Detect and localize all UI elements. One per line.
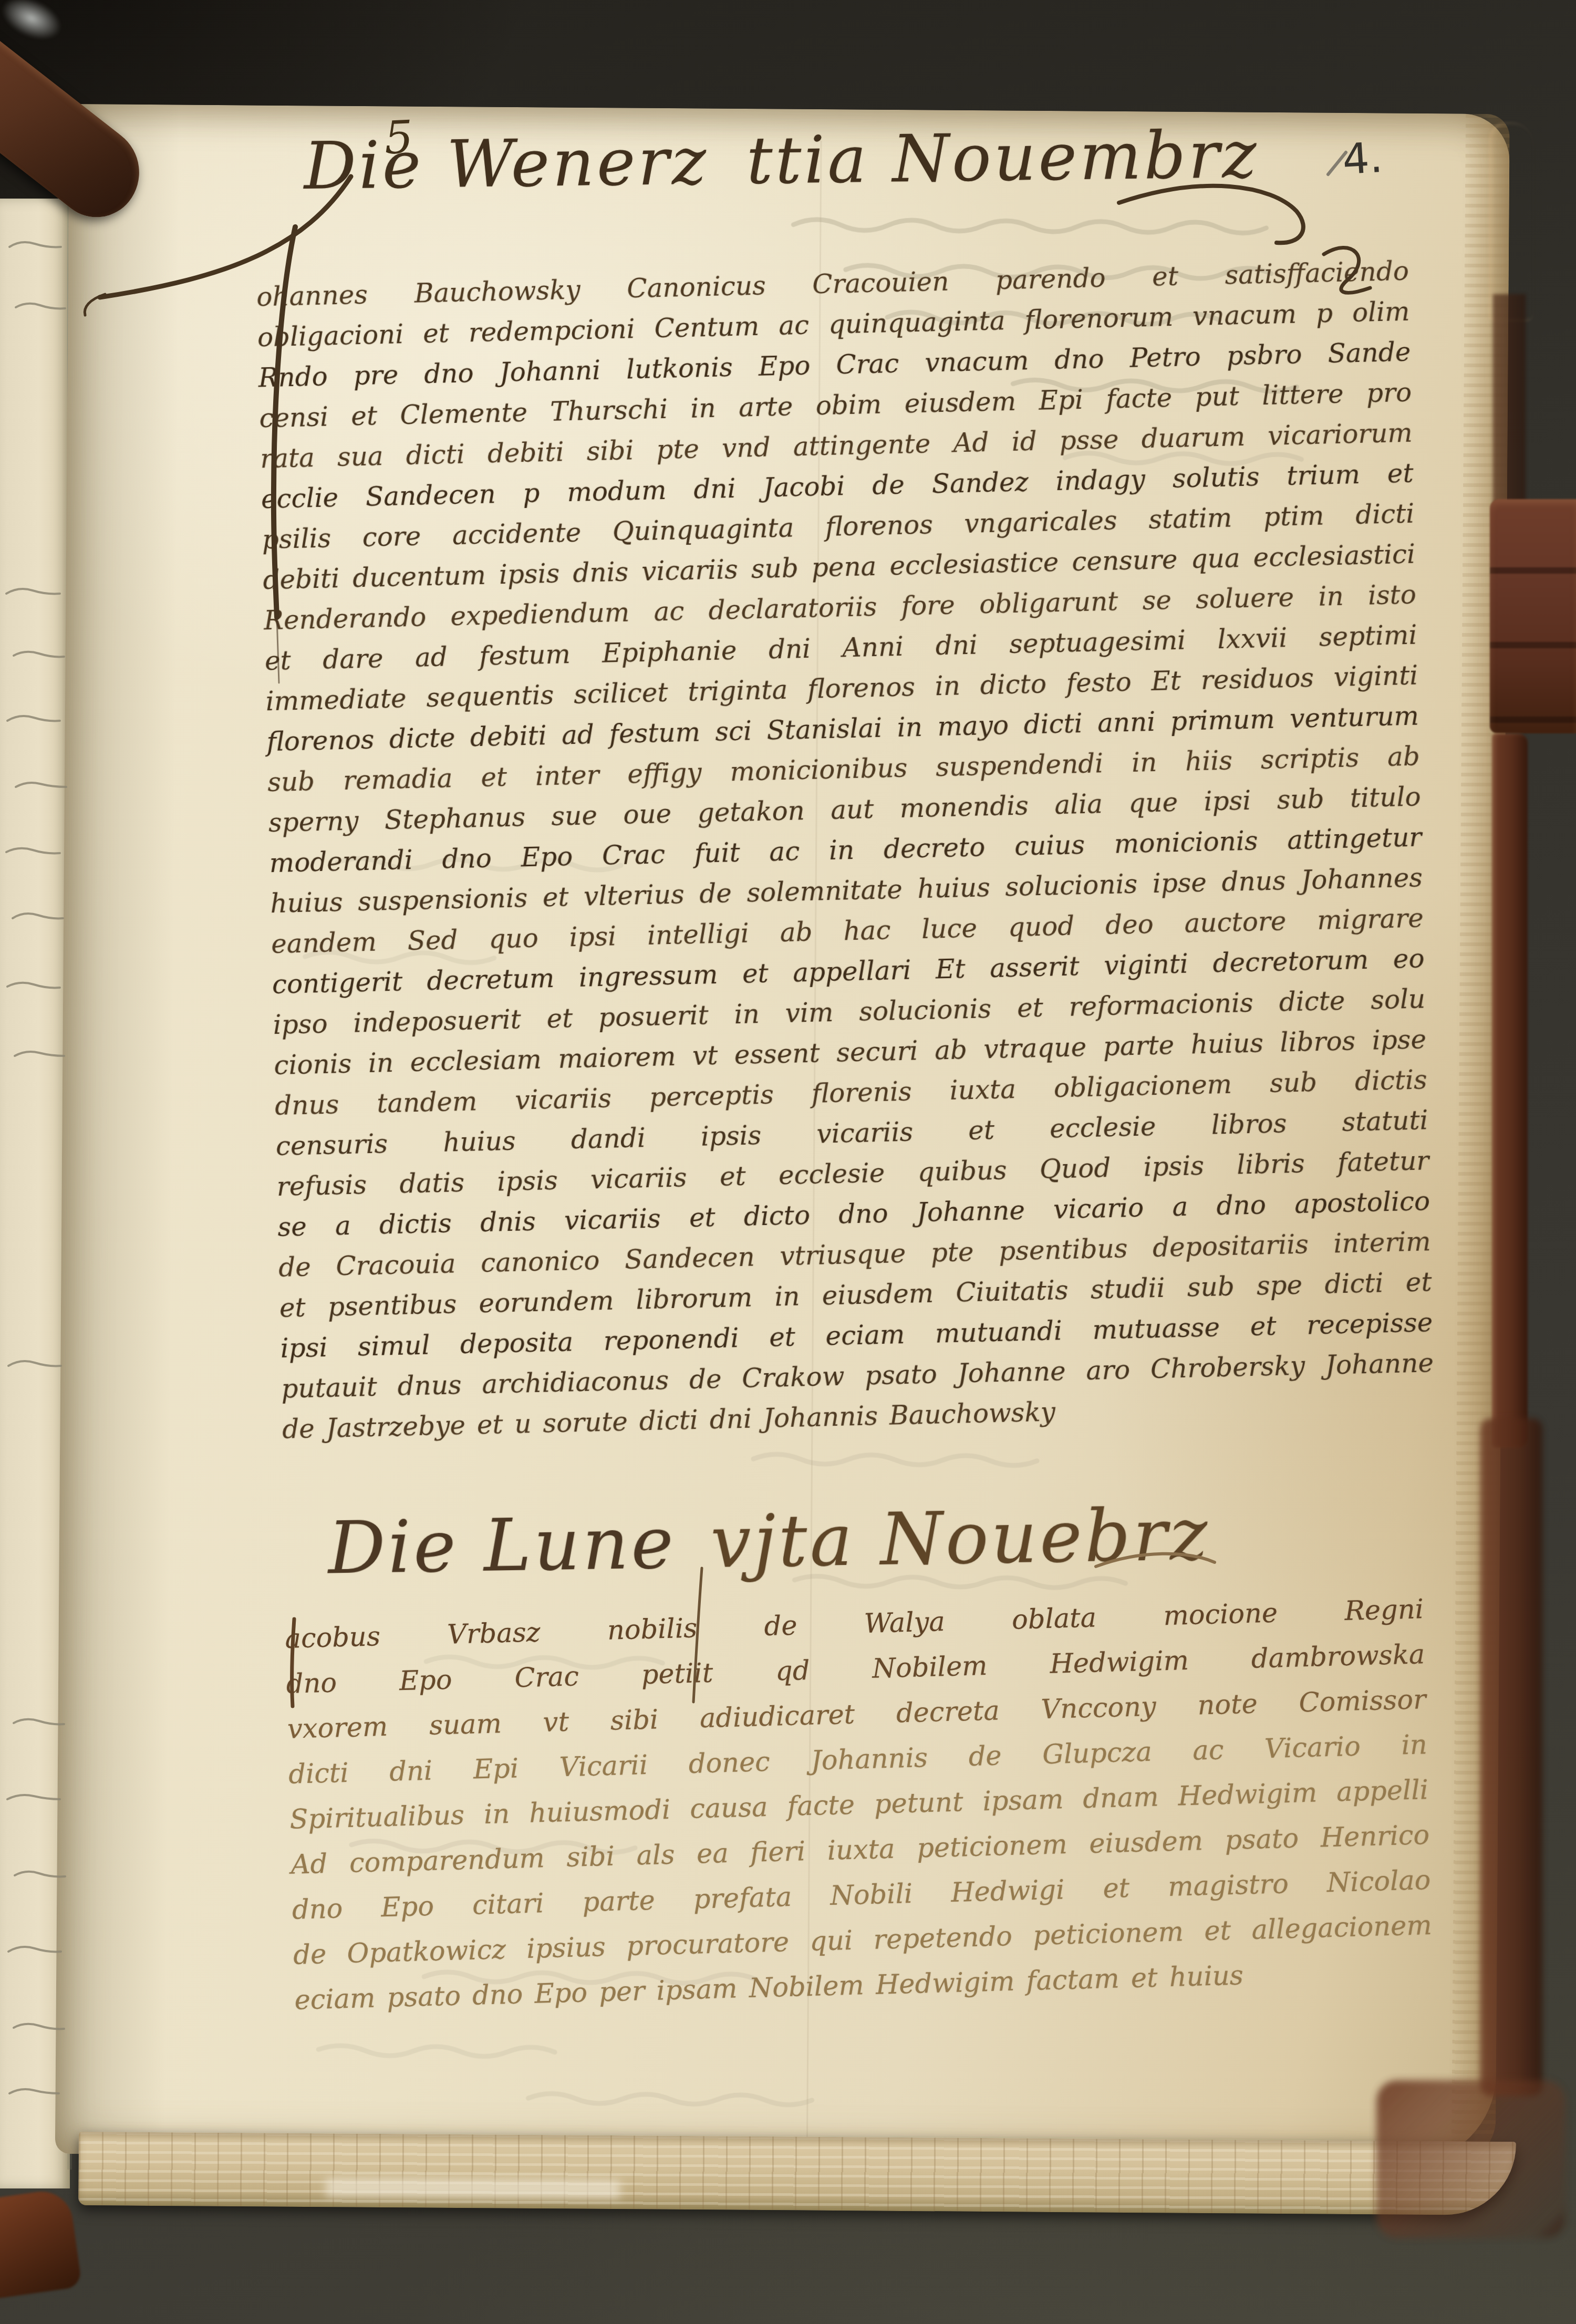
- leather-cover-edge-mid: [1492, 733, 1528, 1448]
- leather-cover-edge-lower: [1480, 1418, 1542, 2096]
- leather-clasp-strap: [1490, 499, 1576, 733]
- page-block-bottom-edge: [78, 2132, 1516, 2215]
- leather-cover-corner-bottom-right: [1376, 2080, 1565, 2238]
- leather-cover-corner-top-right: [1489, 122, 1534, 321]
- page-edge-highlight: [326, 2178, 620, 2199]
- archive-photo-background: 5 4. Die Wenerz ttia Nouembrz ohannes Ba…: [0, 0, 1576, 2324]
- pen-flourish-overlay: [0, 0, 1576, 2324]
- leather-cover-edge-upper: [1493, 294, 1526, 515]
